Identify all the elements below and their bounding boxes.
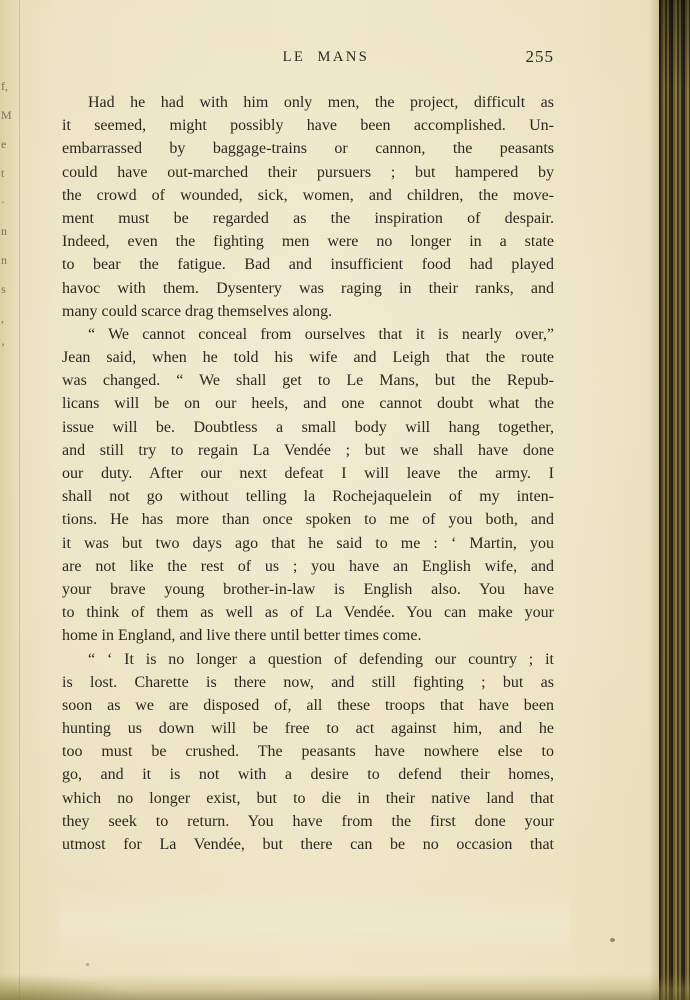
margin-mark: · bbox=[1, 194, 15, 211]
text-line: shall not go without telling la Rochejaq… bbox=[62, 485, 554, 508]
text-line: Had he had with him only men, the projec… bbox=[62, 91, 554, 114]
text-line: many could scarce drag themselves along. bbox=[62, 300, 554, 323]
text-line: “ We cannot conceal from ourselves that … bbox=[62, 323, 554, 346]
text-line: soon as we are disposed of, all these tr… bbox=[62, 694, 554, 717]
text-line: too must be crushed. The peasants have n… bbox=[62, 740, 554, 763]
text-line: Indeed, even the fighting men were no lo… bbox=[62, 230, 554, 253]
text-line: your brave young brother-in-law is Engli… bbox=[62, 578, 554, 601]
margin-mark: n bbox=[1, 252, 15, 269]
paragraph: Had he had with him only men, the projec… bbox=[62, 91, 554, 323]
facing-page-letter-fragments: f,Met·nns,’ bbox=[1, 78, 15, 356]
margin-mark: e bbox=[1, 136, 15, 153]
margin-mark: M bbox=[1, 107, 15, 124]
left-page-edge: f,Met·nns,’ bbox=[0, 0, 20, 1000]
paper-speck bbox=[610, 938, 615, 942]
text-line: they seek to return. You have from the f… bbox=[62, 810, 554, 833]
text-line: could have out-marched their pursuers ; … bbox=[62, 161, 554, 184]
text-line: Jean said, when he told his wife and Lei… bbox=[62, 346, 554, 369]
text-line: tions. He has more than once spoken to m… bbox=[62, 508, 554, 531]
book-page-scan: f,Met·nns,’ LE MANS 255 Had he had with … bbox=[0, 0, 690, 1000]
text-line: home in England, and live there until be… bbox=[62, 624, 554, 647]
text-line: are not like the rest of us ; you have a… bbox=[62, 555, 554, 578]
text-line: it seemed, might possibly have been acco… bbox=[62, 114, 554, 137]
margin-mark: , bbox=[1, 310, 15, 327]
text-line: go, and it is not with a desire to defen… bbox=[62, 763, 554, 786]
margin-mark: f, bbox=[1, 78, 15, 95]
running-title: LE MANS bbox=[80, 49, 572, 66]
text-line: “ ‘ It is no longer a question of defend… bbox=[62, 648, 554, 671]
text-line: was changed. “ We shall get to Le Mans, … bbox=[62, 369, 554, 392]
text-line: to think of them as well as of La Vendée… bbox=[62, 601, 554, 624]
text-line: licans will be on our heels, and one can… bbox=[62, 392, 554, 415]
paragraph: “ ‘ It is no longer a question of defend… bbox=[62, 648, 554, 857]
margin-mark: s bbox=[1, 281, 15, 298]
text-line: hunting us down will be free to act agai… bbox=[62, 717, 554, 740]
bottom-left-corner-shadow bbox=[0, 974, 190, 1000]
text-line: the crowd of wounded, sick, women, and c… bbox=[62, 184, 554, 207]
margin-mark: n bbox=[1, 223, 15, 240]
text-line: is lost. Charette is there now, and stil… bbox=[62, 671, 554, 694]
paragraph: “ We cannot conceal from ourselves that … bbox=[62, 323, 554, 648]
right-edge-shadow bbox=[649, 0, 659, 1000]
text-line: havoc with them. Dysentery was raging in… bbox=[62, 277, 554, 300]
right-page-stack-edge bbox=[659, 0, 690, 1000]
scan-light-band bbox=[60, 888, 570, 958]
margin-mark: t bbox=[1, 165, 15, 182]
margin-mark: ’ bbox=[1, 339, 15, 356]
text-line: issue will be. Doubtless a small body wi… bbox=[62, 416, 554, 439]
page-header: LE MANS 255 bbox=[62, 49, 554, 69]
text-line: to bear the fatigue. Bad and insufficien… bbox=[62, 253, 554, 276]
text-block: Had he had with him only men, the projec… bbox=[62, 91, 554, 856]
text-line: it was but two days ago that he said to … bbox=[62, 532, 554, 555]
text-line: utmost for La Vendée, but there can be n… bbox=[62, 833, 554, 856]
paper-speck bbox=[86, 963, 89, 966]
page-number: 255 bbox=[526, 47, 555, 67]
text-line: and still try to regain La Vendée ; but … bbox=[62, 439, 554, 462]
text-line: which no longer exist, but to die in the… bbox=[62, 787, 554, 810]
text-line: our duty. After our next defeat I will l… bbox=[62, 462, 554, 485]
text-line: embarrassed by baggage-trains or cannon,… bbox=[62, 137, 554, 160]
text-line: ment must be regarded as the inspiration… bbox=[62, 207, 554, 230]
